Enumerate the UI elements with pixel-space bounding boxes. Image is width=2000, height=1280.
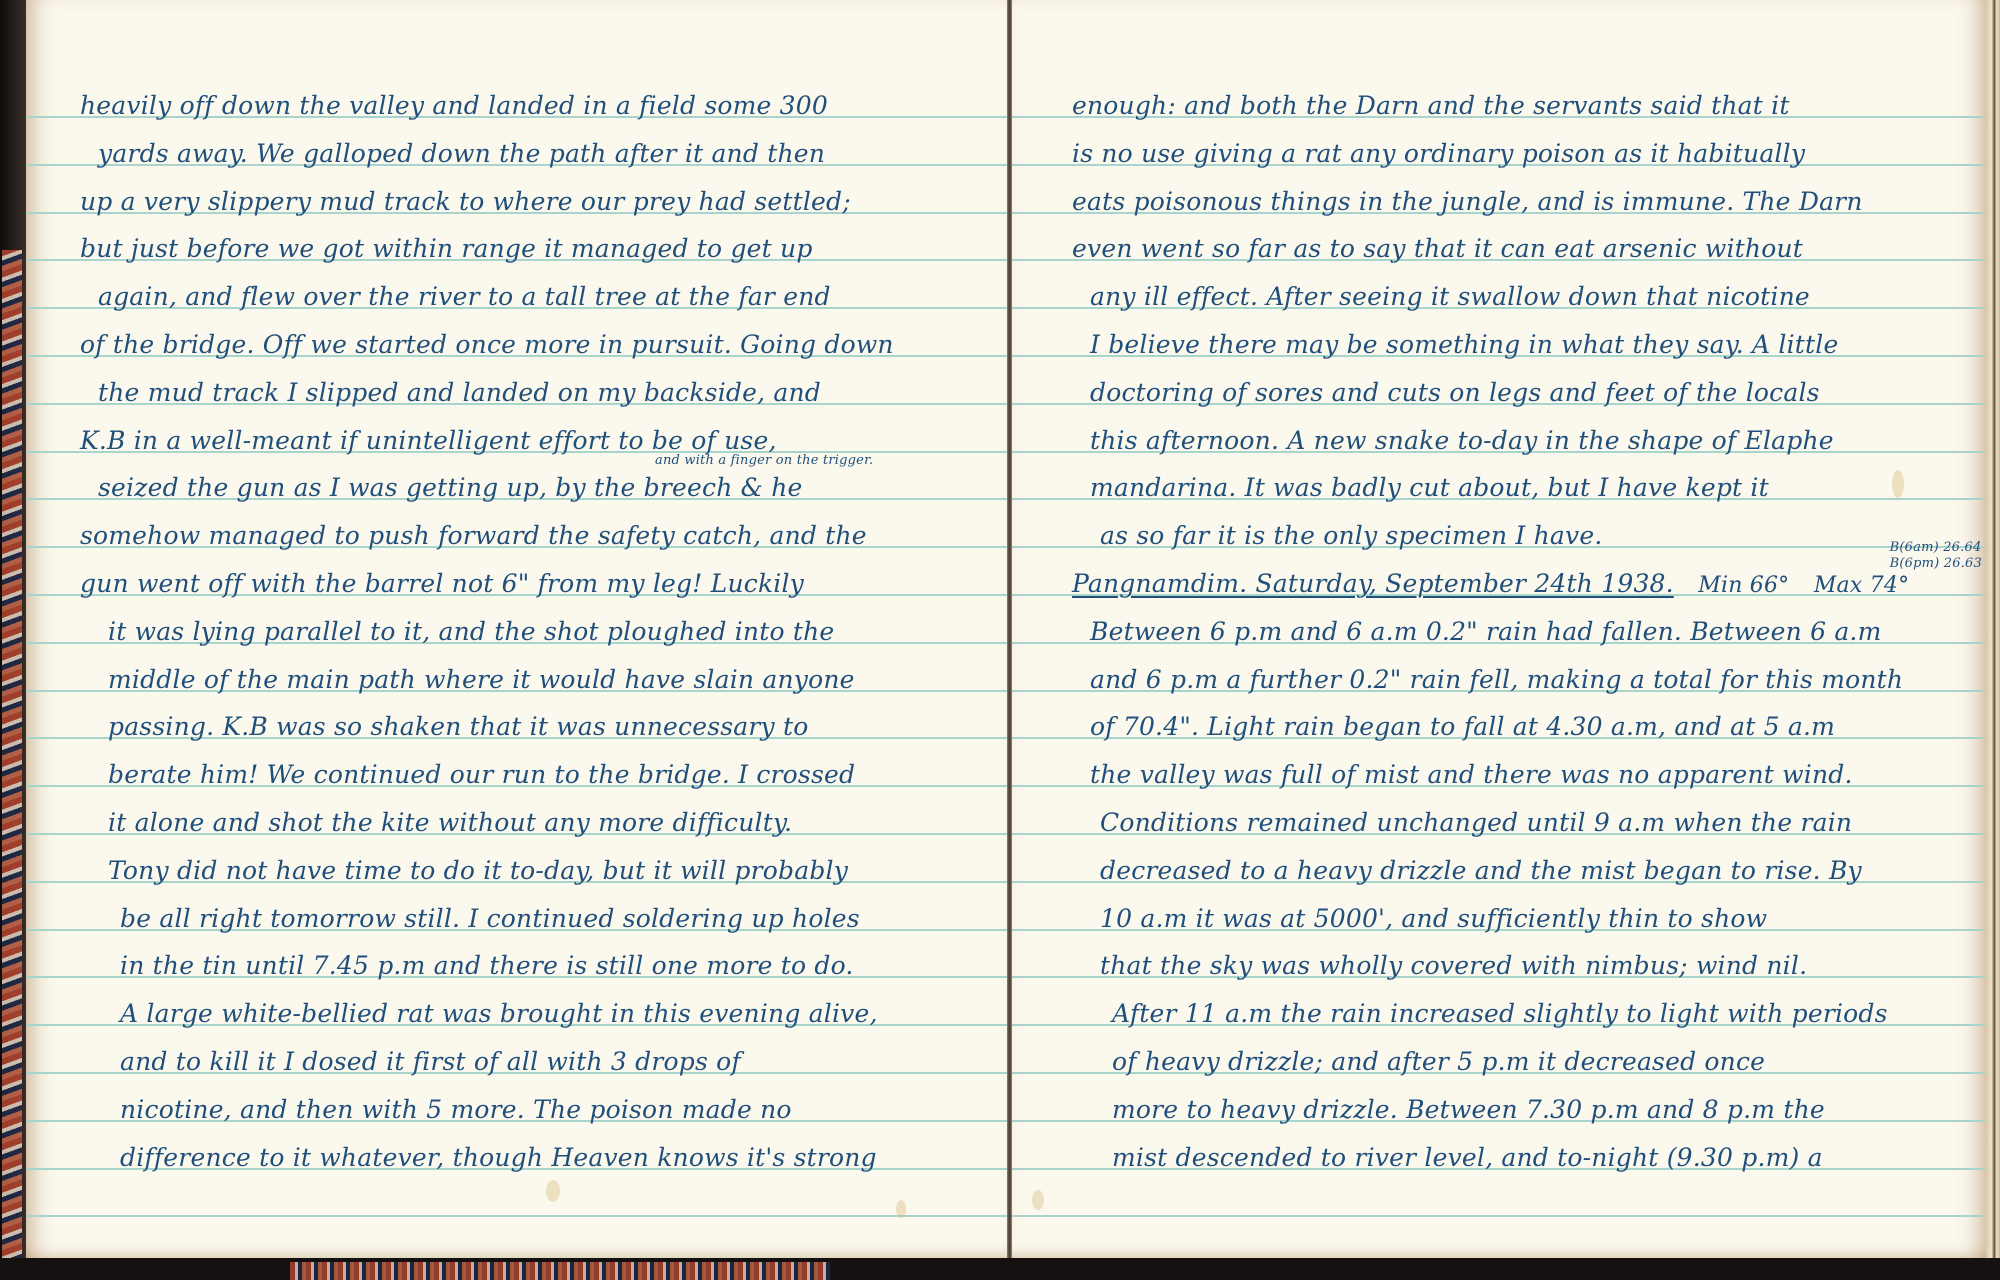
text-line: gun went off with the barrel not 6" from… [80,560,1000,608]
right-page: enough: and both the Darn and the servan… [1012,0,1986,1258]
text-line: 10 a.m it was at 5000', and sufficiently… [1072,895,1972,943]
text-line: it alone and shot the kite without any m… [80,799,1000,847]
text-line: it was lying parallel to it, and the sho… [80,608,1000,656]
text-line: be all right tomorrow still. I continued… [80,895,1000,943]
text-line: heavily off down the valley and landed i… [80,82,1000,130]
text-line: any ill effect. After seeing it swallow … [1072,273,1972,321]
text-line: Conditions remained unchanged until 9 a.… [1072,799,1972,847]
text-line: berate him! We continued our run to the … [80,751,1000,799]
entry-place-date: Pangnamdim. Saturday, September 24th 193… [1072,569,1674,598]
text-line: more to heavy drizzle. Between 7.30 p.m … [1072,1086,1972,1134]
rule-line [26,1215,1008,1217]
entry-heading: Pangnamdim. Saturday, September 24th 193… [1072,560,1972,608]
text-line: mist descended to river level, and to-ni… [1072,1134,1972,1182]
text-line: difference to it whatever, though Heaven… [80,1134,1000,1182]
text-line: that the sky was wholly covered with nim… [1072,942,1972,990]
text-line: as so far it is the only specimen I have… [1072,512,1972,560]
book-edge-right [1986,0,2000,1258]
text-line: enough: and both the Darn and the servan… [1072,82,1972,130]
text-line: and to kill it I dosed it first of all w… [80,1038,1000,1086]
text-line: doctoring of sores and cuts on legs and … [1072,369,1972,417]
text-line: even went so far as to say that it can e… [1072,225,1972,273]
text-line: is no use giving a rat any ordinary pois… [1072,130,1972,178]
text-line: up a very slippery mud track to where ou… [80,178,1000,226]
max-temperature: Max 74° [1814,573,1909,598]
text-line: After 11 a.m the rain increased slightly… [1072,990,1972,1038]
text-line: middle of the main path where it would h… [80,656,1000,704]
paper-stain [1032,1190,1044,1210]
text-line: nicotine, and then with 5 more. The pois… [80,1086,1000,1134]
interlinear-insertion: and with a finger on the trigger. [655,454,873,468]
right-page-text: enough: and both the Darn and the servan… [1072,82,1972,1181]
text-line: A large white-bellied rat was brought in… [80,990,1000,1038]
paper-stain [546,1180,560,1202]
text-line: of heavy drizzle; and after 5 p.m it dec… [1072,1038,1972,1086]
min-temperature: Min 66° [1698,573,1789,598]
text-line: the mud track I slipped and landed on my… [80,369,1000,417]
text-line-with-insertion: and with a finger on the trigger. seized… [80,464,1000,512]
text-line: and 6 p.m a further 0.2" rain fell, maki… [1072,656,1972,704]
rule-line [1012,1215,1986,1217]
text-line: yards away. We galloped down the path af… [80,130,1000,178]
barometer-readings: B(6am) 26.64 B(6pm) 26.63 [1890,540,1982,572]
text-line: this afternoon. A new snake to-day in th… [1072,417,1972,465]
text-line: of 70.4". Light rain began to fall at 4.… [1072,703,1972,751]
text-line: again, and flew over the river to a tall… [80,273,1000,321]
text-line: the valley was full of mist and there wa… [1072,751,1972,799]
text-line: mandarina. It was badly cut about, but I… [1072,464,1972,512]
paper-stain [896,1200,906,1218]
text-line-content: seized the gun as I was getting up, by t… [98,473,803,502]
barometer-6am: B(6am) 26.64 [1890,540,1982,555]
text-line: passing. K.B was so shaken that it was u… [80,703,1000,751]
text-line: eats poisonous things in the jungle, and… [1072,178,1972,226]
text-line: Between 6 p.m and 6 a.m 0.2" rain had fa… [1072,608,1972,656]
text-line: somehow managed to push forward the safe… [80,512,1000,560]
left-page: heavily off down the valley and landed i… [26,0,1008,1258]
text-line: in the tin until 7.45 p.m and there is s… [80,942,1000,990]
marbled-edge-bottom [290,1262,830,1280]
text-line: decreased to a heavy drizzle and the mis… [1072,847,1972,895]
text-line: I believe there may be something in what… [1072,321,1972,369]
text-line: Tony did not have time to do it to-day, … [80,847,1000,895]
barometer-6pm: B(6pm) 26.63 [1890,556,1982,571]
text-line: but just before we got within range it m… [80,225,1000,273]
marbled-edge-left [2,250,22,1260]
left-page-text: heavily off down the valley and landed i… [80,82,1000,1181]
text-line: of the bridge. Off we started once more … [80,321,1000,369]
